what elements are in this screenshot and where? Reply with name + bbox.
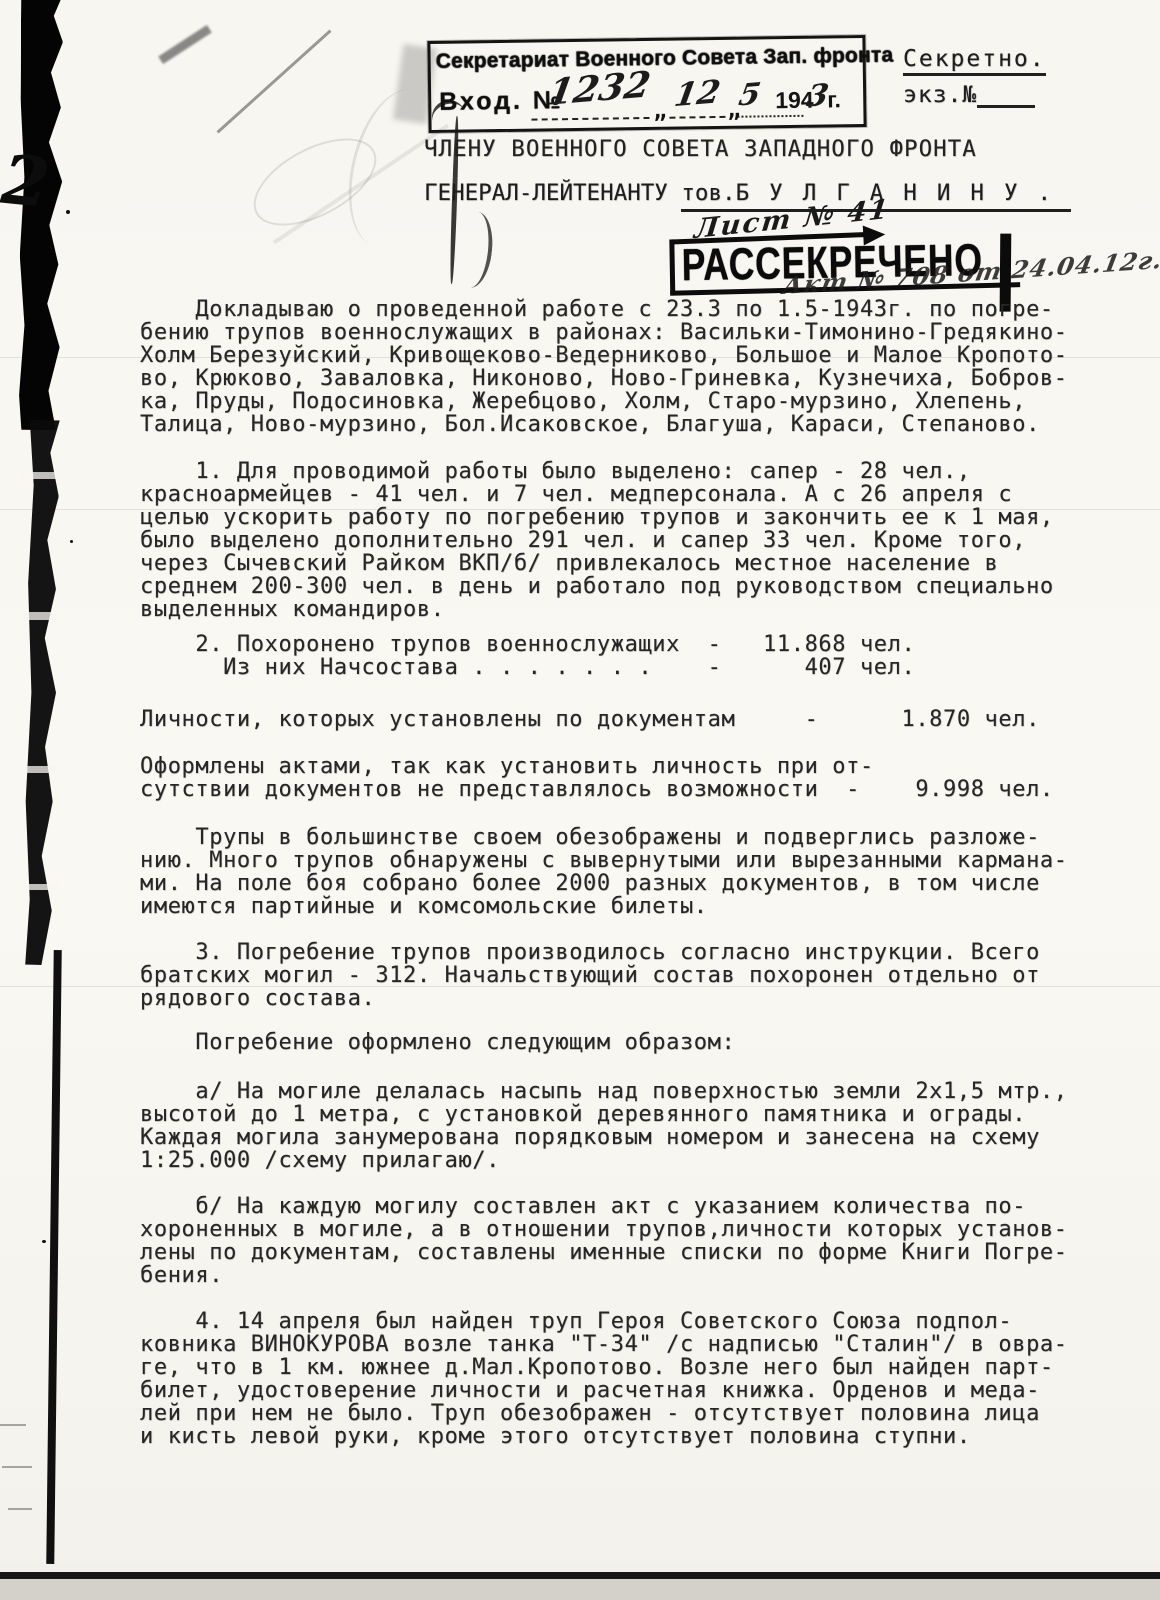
text-line: братских могил - 312. Начальствующий сос… (140, 964, 1040, 987)
stamp-entry-number-handwritten: 1232 (545, 63, 654, 113)
text-line: ка, Пруды, Подосиновка, Жеребцово, Холм,… (140, 390, 1068, 413)
text-line: хороненных в могиле, а в отношении трупо… (140, 1218, 1068, 1241)
text-line: было выделено дополнительно 291 чел. и с… (140, 529, 1054, 552)
line-burial-formalized: Погребение оформлено следующим образом: (140, 1031, 735, 1054)
text-line: ге, что в 1 км. южнее д.Мал.Кропотово. В… (140, 1356, 1068, 1379)
text-line: Холм Березуйский, Кривощеково-Ведерников… (140, 344, 1068, 367)
paragraph-1-workforce: 1. Для проводимой работы было выделено: … (140, 460, 1054, 621)
stamp-day-handwritten: 12 (672, 72, 723, 114)
paragraph-a-mound: а/ На могиле делалась насыпь над поверхн… (140, 1080, 1068, 1172)
margin-page-number: 2 (0, 140, 53, 225)
classification-block: Секретно. экз.№ (903, 46, 1046, 108)
stamp-quote-mark: „ (653, 99, 667, 124)
text-line: бению трупов военнослужащих в районах: В… (140, 321, 1068, 344)
text-line: Оформлены актами, так как установить лич… (140, 755, 1054, 778)
text-line: лей при нем не было. Труп обезображен - … (140, 1402, 1068, 1425)
stamp-blank-line (737, 115, 803, 118)
text-line: бения. (140, 1264, 1068, 1287)
stamp-month-handwritten: 5 (736, 77, 763, 114)
scan-bottom-edge (0, 1572, 1160, 1579)
stamp-border (669, 239, 675, 295)
scan-band-gap (22, 472, 56, 479)
addressee-rank: ГЕНЕРАЛ-ЛЕЙТЕНАНТУ (424, 180, 681, 206)
text-line: Трупы в большинстве своем обезображены и… (140, 826, 1068, 849)
stamp-year-suffix: г. (827, 86, 841, 113)
paragraph-2-buried-counts: 2. Похоронено трупов военнослужащих - 11… (140, 633, 915, 679)
pencil-mark (158, 25, 212, 64)
scan-band-gap (24, 612, 56, 620)
addressee-tov: тов. (681, 180, 735, 206)
text-line: билет, удостоверение личности и расчетна… (140, 1379, 1068, 1402)
scan-speck (42, 1240, 46, 1243)
text-line: 1. Для проводимой работы было выделено: … (140, 460, 1054, 483)
text-line: имеются партийные и комсомольские билеты… (140, 895, 1068, 918)
text-line: сутствии документов не представлялось во… (140, 778, 1054, 801)
pen-stroke (458, 211, 496, 290)
addressee-name: БУЛГАНИНУ. (736, 180, 1071, 206)
paragraph-intro: Докладываю о проведенной работе с 23.3 п… (140, 298, 1068, 436)
text-line: ми. На поле боя собрано более 2000 разны… (140, 872, 1068, 895)
text-line: 2. Похоронено трупов военнослужащих - 11… (140, 633, 915, 656)
addressee-line-1: ЧЛЕНУ ВОЕННОГО СОВЕТА ЗАПАДНОГО ФРОНТА (424, 136, 977, 162)
text-line: выделенных командиров. (140, 598, 1054, 621)
pencil-mark (217, 30, 332, 134)
pencil-dash (0, 1424, 26, 1426)
paragraph-bodies-condition: Трупы в большинстве своем обезображены и… (140, 826, 1068, 918)
stamp-blank-line (669, 116, 725, 119)
copy-number-blank (977, 87, 1035, 108)
text-line: красноармейцев - 41 чел. и 7 чел. медпер… (140, 483, 1054, 506)
text-line: через Сычевский Райком ВКП/б/ привлекало… (140, 552, 1054, 575)
line-identified-by-documents: Личности, которых установлены по докумен… (140, 708, 1040, 731)
text-line: во, Крюково, Заваловка, Никоново, Ново-Г… (140, 367, 1068, 390)
pencil-dash (2, 1466, 32, 1468)
text-line: 3. Погребение трупов производилось согла… (140, 941, 1040, 964)
stamp-blank-line (531, 117, 649, 121)
copy-number-label: экз.№ (903, 82, 977, 108)
text-line: ковника ВИНОКУРОВА возле танка "Т-34" /с… (140, 1333, 1068, 1356)
text-line: лены по документам, составлены именные с… (140, 1241, 1068, 1264)
paragraph-b-acts: б/ На каждую могилу составлен акт с указ… (140, 1195, 1068, 1287)
text-line: Погребение оформлено следующим образом: (140, 1031, 735, 1054)
text-line: 4. 14 апреля был найден труп Героя Совет… (140, 1310, 1068, 1333)
text-line: среднем 200-300 чел. в день и работало п… (140, 575, 1054, 598)
paragraph-3-graves: 3. Погребение трупов производилось согла… (140, 941, 1040, 1010)
addressee-line-2: ГЕНЕРАЛ-ЛЕЙТЕНАНТУ тов.БУЛГАНИНУ. (424, 180, 1071, 206)
text-line: и кисть левой руки, кроме этого отсутств… (140, 1425, 1068, 1448)
entry-registration-stamp: Секретариат Военного Совета Зап. фронта … (427, 35, 866, 133)
text-line: целью ускорить работу по погребению труп… (140, 506, 1054, 529)
scanned-document-page: 2 Секретариат Военного Совета Зап. фронт… (0, 0, 1160, 1600)
scan-bottom-strip (0, 1579, 1160, 1600)
paragraph-4-vinokurov: 4. 14 апреля был найден труп Героя Совет… (140, 1310, 1068, 1448)
scan-band-gap (28, 884, 58, 890)
scan-speck (70, 540, 73, 543)
scan-edge-band-low (46, 950, 62, 1564)
text-line: а/ На могиле делалась насыпь над поверхн… (140, 1080, 1068, 1103)
text-line: рядового состава. (140, 987, 1040, 1010)
lines-acts-unidentified: Оформлены актами, так как установить лич… (140, 755, 1054, 801)
text-line: Личности, которых установлены по докумен… (140, 708, 1040, 731)
text-line: 1:25.000 /схему прилагаю/. (140, 1149, 1068, 1172)
text-line: Талица, Ново-мурзино, Бол.Исаковское, Бл… (140, 413, 1068, 436)
scan-speck (66, 210, 70, 214)
text-line: нию. Много трупов обнаружены с вывернуты… (140, 849, 1068, 872)
text-line: Каждая могила занумерована порядковым но… (140, 1126, 1068, 1149)
text-line: Докладываю о проведенной работе с 23.3 п… (140, 298, 1068, 321)
text-line: б/ На каждую могилу составлен акт с указ… (140, 1195, 1068, 1218)
text-line: Из них Начсостава . . . . . . . - 407 че… (140, 656, 915, 679)
scan-band-gap (26, 766, 56, 773)
pencil-dash (8, 1508, 32, 1510)
secret-label: Секретно. (903, 46, 1046, 76)
text-line: высотой до 1 метра, с установкой деревян… (140, 1103, 1068, 1126)
